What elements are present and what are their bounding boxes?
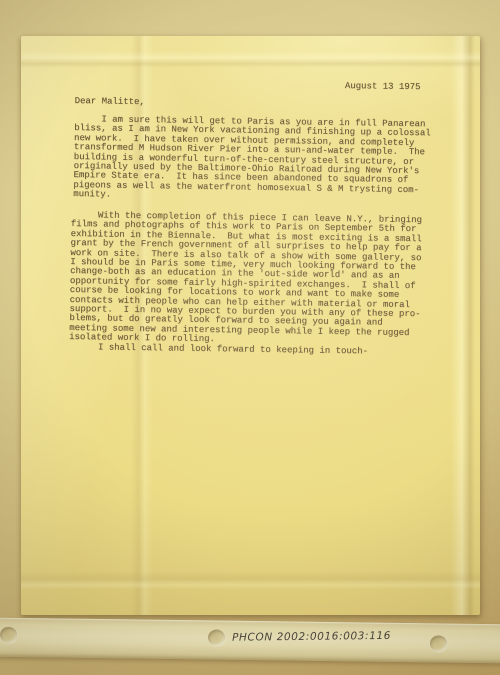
- letter-date: August 13 1975: [345, 82, 421, 93]
- punch-hole-center: [208, 629, 225, 645]
- letter-paragraph: With the completion of this piece I can …: [69, 211, 422, 348]
- handwritten-catalog-number: PHCON 2002:0016:003:116: [232, 630, 391, 644]
- letter-paragraph: I shall call and look forward to keeping…: [71, 343, 368, 357]
- archival-binder-strip: PHCON 2002:0016:003:116: [0, 618, 500, 664]
- punch-hole-left: [0, 627, 17, 643]
- letter-paper: August 13 1975 Dear Malitte, I am sure t…: [21, 36, 480, 615]
- paper-crease-top: [21, 51, 480, 68]
- letter-paragraph: I am sure this will get to Paris as you …: [73, 115, 431, 205]
- punch-hole-right: [430, 635, 447, 651]
- letter-salutation: Dear Malitte,: [75, 97, 145, 107]
- typed-letter-text: August 13 1975 Dear Malitte, I am sure t…: [65, 76, 465, 622]
- archive-photo: August 13 1975 Dear Malitte, I am sure t…: [0, 0, 500, 675]
